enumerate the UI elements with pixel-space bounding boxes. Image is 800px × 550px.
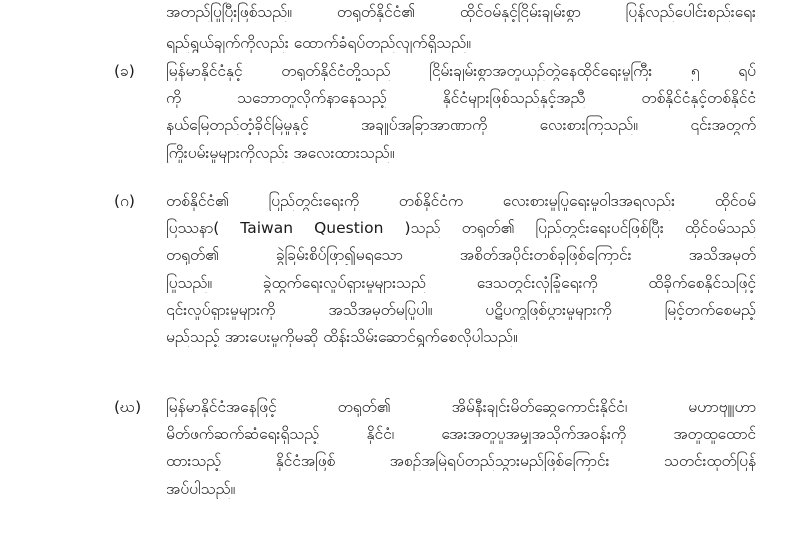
paragraph-label-ga: (ဂ) [114, 191, 135, 211]
intro-line-1: အတည်ပြုပြီးဖြစ်သည်။ တရုတ်နိုင်ငံ၏ ထိုင်ဝ… [166, 2, 756, 22]
paragraph-ga-line-4: ပြုသည်။ ခွဲထွက်ရေးလှုပ်ရှားမှုများသည် ဒေ… [166, 273, 756, 293]
paragraph-ga-line-1: တစ်နိုင်ငံ၏ ပြည်တွင်းရေးကို တစ်နိုင်ငံက … [166, 191, 756, 211]
paragraph-kha-line-4: ကြိုးပမ်းမှုများကိုလည်း အလေးထားသည်။ [166, 143, 756, 163]
paragraph-gha-line-4: အပ်ပါသည်။ [166, 479, 756, 499]
paragraph-ga-line-3: တရုတ်၏ ခွဲခြမ်းစိပ်ဖြာ၍မရသော အစိတ်အပိုင်… [166, 245, 756, 265]
paragraph-label-gha: (ဃ) [114, 397, 141, 417]
document-page: အတည်ပြုပြီးဖြစ်သည်။ တရုတ်နိုင်ငံ၏ ထိုင်ဝ… [0, 0, 800, 550]
paragraph-gha-line-3: ထားသည့် နိုင်ငံအဖြစ် အစဉ်အမြဲရပ်တည်သွားမ… [166, 451, 756, 471]
paragraph-kha-line-2: ကို သဘောတူလိုက်နာနေသည့် နိုင်ငံများဖြစ်သ… [166, 88, 756, 108]
paragraph-gha-line-1: မြန်မာနိုင်ငံအနေဖြင့် တရုတ်၏ အိမ်နီးချင်… [166, 397, 756, 417]
paragraph-ga-line-2: ပြဿနာ( Taiwan Question )သည် တရုတ်၏ ပြည်တ… [166, 218, 756, 238]
paragraph-ga-line-6: မည်သည့် အားပေးမှုကိုမဆို ထိန်းသိမ်းဆောင်… [166, 327, 756, 347]
intro-line-2: ရည်ရွယ်ချက်ကိုလည်း ထောက်ခံရပ်တည်လျက်ရှိသ… [166, 33, 756, 53]
paragraph-label-kha: (ခ) [114, 61, 135, 81]
paragraph-gha-line-2: မိတ်ဖက်ဆက်ဆံရေးရှိသည့် နိုင်ငံ၊ အေးအတူပူ… [166, 424, 756, 444]
paragraph-kha-line-3: နယ်မြေတည်တံ့ခိုင်မြဲမှုနှင့် အချုပ်အခြာအ… [166, 115, 756, 135]
paragraph-kha-line-1: မြန်မာနိုင်ငံနှင့် တရုတ်နိုင်ငံတို့သည် င… [166, 61, 756, 81]
paragraph-ga-line-5: ၎င်းလှုပ်ရှားမှုများကို အသိအမှတ်မပြုပါ။ … [166, 300, 756, 320]
